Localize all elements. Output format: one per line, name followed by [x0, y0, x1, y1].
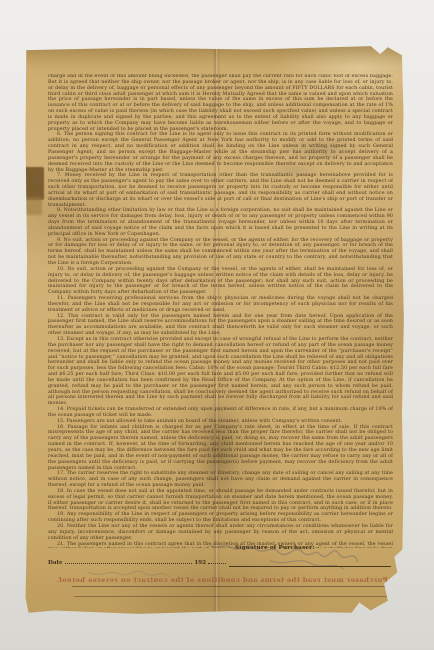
contract-clause: 19. Any responsibility of the Line in re…	[48, 512, 393, 524]
handwriting-bleedthrough	[203, 534, 364, 574]
contract-clause: 13. Except as in this contract otherwise…	[48, 337, 393, 407]
contract-clause: 18. In case the vessel does not sail at …	[48, 489, 393, 512]
reverse-border-rule-bleedthrough	[74, 596, 390, 597]
contract-clause: 16. Passage for infants and children is …	[48, 425, 393, 472]
year-prefix: 192	[194, 560, 206, 566]
date-row: Date 192	[48, 558, 228, 566]
contract-clause: 12. This contract is valid only for the …	[48, 314, 393, 337]
tape-stain-light	[22, 197, 42, 215]
contract-clause: 15. Passengers are not allowed to take a…	[48, 419, 393, 425]
contract-terms-text: charge and in the event of this amount b…	[48, 74, 393, 548]
contract-clause: 8. Notwithstanding other limitation by l…	[48, 208, 393, 237]
date-label: Date	[48, 560, 63, 566]
reverse-border-rule-bleedthrough	[72, 586, 392, 587]
signature-line	[229, 566, 391, 567]
date-dotted-leader	[65, 558, 193, 564]
contract-clause: charge and in the event of this amount b…	[48, 74, 393, 132]
tape-stain	[21, 167, 44, 200]
year-dotted-leader	[208, 558, 226, 564]
contract-clause: 10. No suit, action or proceeding agains…	[48, 267, 393, 296]
contract-clause: 11. Passengers receiving professional se…	[48, 296, 393, 314]
contract-clause: 7. Money received by the Line in respect…	[48, 173, 393, 208]
reverse-side-notice-bleedthrough: Purchaser must read the terms and condit…	[54, 576, 390, 584]
contract-clause: 14. Prepaid tickets can be transferred o…	[48, 407, 393, 419]
contract-clause: 9. No suit, action or proceeding against…	[48, 238, 393, 267]
contract-clause: 6. The person signing this contract for …	[48, 132, 393, 173]
contract-document: charge and in the event of this amount b…	[24, 45, 405, 615]
contract-clause: 17. The carrier reserves the right to su…	[48, 471, 393, 489]
